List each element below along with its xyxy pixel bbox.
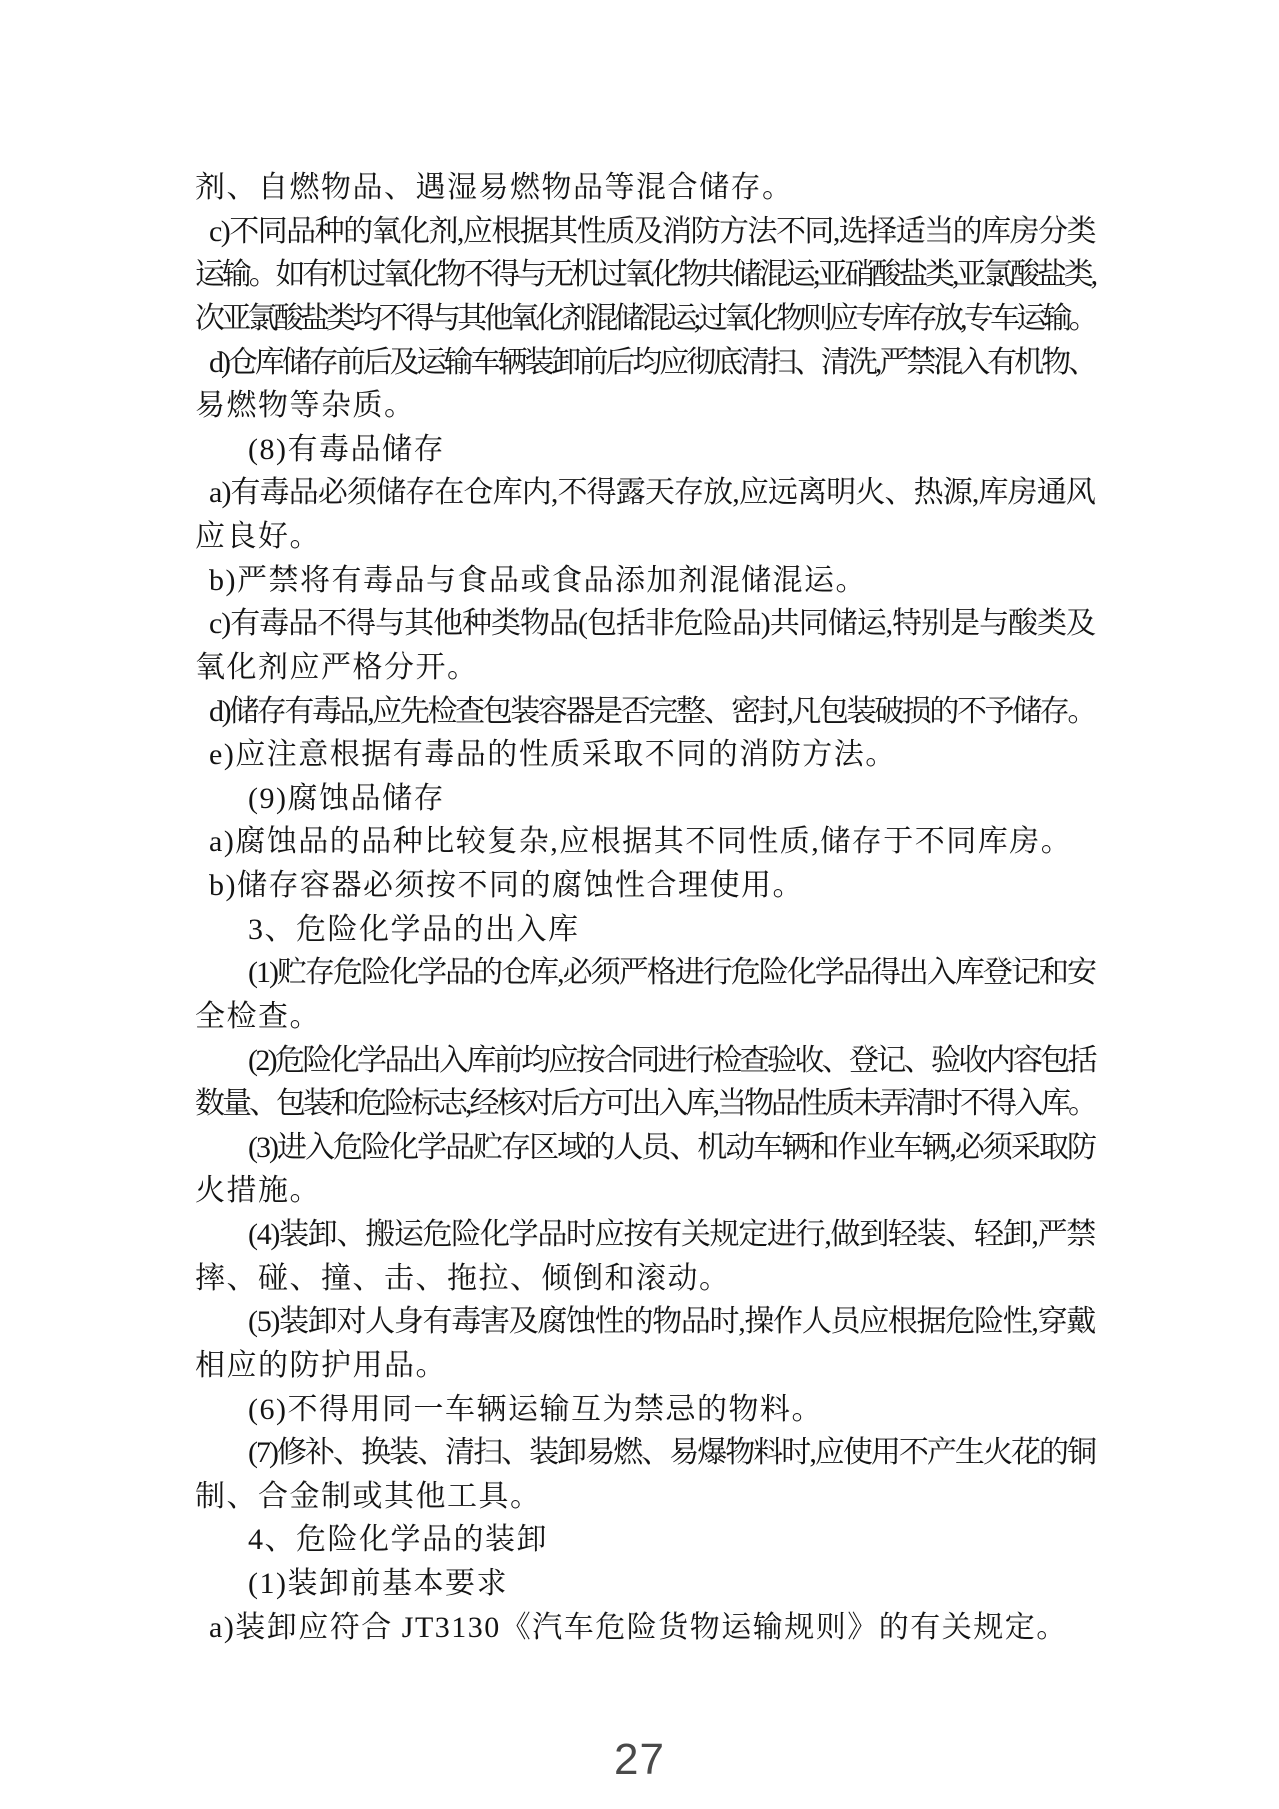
text-line: 摔、碰、撞、击、拖拉、倾倒和滚动。 — [195, 1257, 1095, 1301]
text-line-content: (6)不得用同一车辆运输互为禁忌的物料。 — [248, 1393, 823, 1426]
text-line: 火措施。 — [195, 1169, 1095, 1213]
document-body: 剂、自燃物品、遇湿易燃物品等混合储存。c)不同品种的氧化剂,应根据其性质及消防方… — [195, 166, 1095, 1649]
text-line-content: (1)装卸前基本要求 — [248, 1567, 508, 1600]
text-line-content: 剂、自燃物品、遇湿易燃物品等混合储存。 — [195, 171, 794, 204]
text-line: 数量、包装和危险标志,经核对后方可出入库,当物品性质未弄清时不得入库。 — [195, 1082, 1095, 1126]
text-line-content: (8)有毒品储存 — [248, 433, 445, 466]
text-line-content: (1)贮存危险化学品的仓库,必须严格进行危险化学品得出入库登记和安 — [248, 956, 1095, 989]
text-line: 氧化剂应严格分开。 — [195, 646, 1095, 690]
text-line: e)应注意根据有毒品的性质采取不同的消防方法。 — [195, 733, 1095, 777]
text-line-content: 应良好。 — [195, 520, 321, 553]
text-line-content: 运输。如有机过氧化物不得与无机过氧化物共储混运;亚硝酸盐类,亚氯酸盐类, — [195, 258, 1095, 291]
text-line: (4)装卸、搬运危险化学品时应按有关规定进行,做到轻装、轻卸,严禁 — [195, 1213, 1095, 1257]
text-line: (3)进入危险化学品贮存区域的人员、机动车辆和作业车辆,必须采取防 — [195, 1126, 1095, 1170]
text-line-content: (3)进入危险化学品贮存区域的人员、机动车辆和作业车辆,必须采取防 — [248, 1131, 1095, 1164]
text-line: (7)修补、换装、清扫、装卸易燃、易爆物料时,应使用不产生火花的铜 — [195, 1431, 1095, 1475]
text-line-content: (4)装卸、搬运危险化学品时应按有关规定进行,做到轻装、轻卸,严禁 — [248, 1218, 1095, 1251]
text-line-content: a)有毒品必须储存在仓库内,不得露天存放,应远离明火、热源,库房通风 — [209, 476, 1095, 509]
text-line: d)仓库储存前后及运输车辆装卸前后均应彻底清扫、清洗,严禁混入有机物、 — [195, 341, 1095, 385]
text-line-content: b)储存容器必须按不同的腐蚀性合理使用。 — [209, 869, 804, 902]
text-line-content: 全检查。 — [195, 1000, 321, 1033]
text-line-content: 氧化剂应严格分开。 — [195, 651, 479, 684]
text-line: 易燃物等杂质。 — [195, 384, 1095, 428]
text-line-content: a)腐蚀品的品种比较复杂,应根据其不同性质,储存于不同库房。 — [209, 825, 1072, 858]
text-line: (6)不得用同一车辆运输互为禁忌的物料。 — [195, 1388, 1095, 1432]
text-line: d)储存有毒品,应先检查包装容器是否完整、密封,凡包装破损的不予储存。 — [195, 690, 1095, 734]
text-line: 制、合金制或其他工具。 — [195, 1475, 1095, 1519]
text-line: b)严禁将有毒品与食品或食品添加剂混储混运。 — [195, 559, 1095, 603]
text-line: b)储存容器必须按不同的腐蚀性合理使用。 — [195, 864, 1095, 908]
text-line-content: b)严禁将有毒品与食品或食品添加剂混储混运。 — [209, 564, 867, 597]
text-line: c)不同品种的氧化剂,应根据其性质及消防方法不同,选择适当的库房分类 — [195, 210, 1095, 254]
text-line-content: (5)装卸对人身有毒害及腐蚀性的物品时,操作人员应根据危险性,穿戴 — [248, 1305, 1095, 1338]
page-number: 27 — [0, 1736, 1279, 1784]
text-line: (1)装卸前基本要求 — [195, 1562, 1095, 1606]
text-line: (1)贮存危险化学品的仓库,必须严格进行危险化学品得出入库登记和安 — [195, 951, 1095, 995]
text-line: 运输。如有机过氧化物不得与无机过氧化物共储混运;亚硝酸盐类,亚氯酸盐类, — [195, 253, 1095, 297]
text-line-content: 易燃物等杂质。 — [195, 389, 416, 422]
text-line-content: 4、危险化学品的装卸 — [248, 1523, 548, 1556]
text-line: 应良好。 — [195, 515, 1095, 559]
text-line: a)装卸应符合 JT3130《汽车危险货物运输规则》的有关规定。 — [195, 1606, 1095, 1650]
text-line-content: 火措施。 — [195, 1174, 321, 1207]
text-line: (8)有毒品储存 — [195, 428, 1095, 472]
text-line-content: 摔、碰、撞、击、拖拉、倾倒和滚动。 — [195, 1262, 731, 1295]
text-line-content: d)仓库储存前后及运输车辆装卸前后均应彻底清扫、清洗,严禁混入有机物、 — [209, 346, 1095, 379]
text-line: 剂、自燃物品、遇湿易燃物品等混合储存。 — [195, 166, 1095, 210]
document-page: 剂、自燃物品、遇湿易燃物品等混合储存。c)不同品种的氧化剂,应根据其性质及消防方… — [0, 0, 1279, 1809]
text-line: a)腐蚀品的品种比较复杂,应根据其不同性质,储存于不同库房。 — [195, 820, 1095, 864]
text-line-content: 数量、包装和危险标志,经核对后方可出入库,当物品性质未弄清时不得入库。 — [195, 1087, 1095, 1120]
text-line-content: (2)危险化学品出入库前均应按合同进行检查验收、登记、验收内容包括 — [248, 1044, 1095, 1077]
text-line: 4、危险化学品的装卸 — [195, 1518, 1095, 1562]
text-line: 3、危险化学品的出入库 — [195, 908, 1095, 952]
text-line-content: c)不同品种的氧化剂,应根据其性质及消防方法不同,选择适当的库房分类 — [209, 215, 1095, 248]
text-line: 次亚氯酸盐类均不得与其他氧化剂混储混运;过氧化物则应专库存放,专车运输。 — [195, 297, 1095, 341]
text-line: a)有毒品必须储存在仓库内,不得露天存放,应远离明火、热源,库房通风 — [195, 471, 1095, 515]
text-line-content: (7)修补、换装、清扫、装卸易燃、易爆物料时,应使用不产生火花的铜 — [248, 1436, 1095, 1469]
text-line: (2)危险化学品出入库前均应按合同进行检查验收、登记、验收内容包括 — [195, 1039, 1095, 1083]
text-line: 全检查。 — [195, 995, 1095, 1039]
text-line-content: 相应的防护用品。 — [195, 1349, 447, 1382]
text-line-content: 制、合金制或其他工具。 — [195, 1480, 542, 1513]
text-line: 相应的防护用品。 — [195, 1344, 1095, 1388]
text-line-content: 3、危险化学品的出入库 — [248, 913, 580, 946]
text-line-content: c)有毒品不得与其他种类物品(包括非危险品)共同储运,特别是与酸类及 — [209, 607, 1095, 640]
text-line-content: a)装卸应符合 JT3130《汽车危险货物运输规则》的有关规定。 — [209, 1611, 1068, 1644]
text-line: (9)腐蚀品储存 — [195, 777, 1095, 821]
text-line-content: d)储存有毒品,应先检查包装容器是否完整、密封,凡包装破损的不予储存。 — [209, 695, 1095, 728]
text-line: (5)装卸对人身有毒害及腐蚀性的物品时,操作人员应根据危险性,穿戴 — [195, 1300, 1095, 1344]
text-line-content: e)应注意根据有毒品的性质采取不同的消防方法。 — [209, 738, 897, 771]
text-line-content: 次亚氯酸盐类均不得与其他氧化剂混储混运;过氧化物则应专库存放,专车运输。 — [195, 302, 1095, 335]
text-line: c)有毒品不得与其他种类物品(包括非危险品)共同储运,特别是与酸类及 — [195, 602, 1095, 646]
text-line-content: (9)腐蚀品储存 — [248, 782, 445, 815]
